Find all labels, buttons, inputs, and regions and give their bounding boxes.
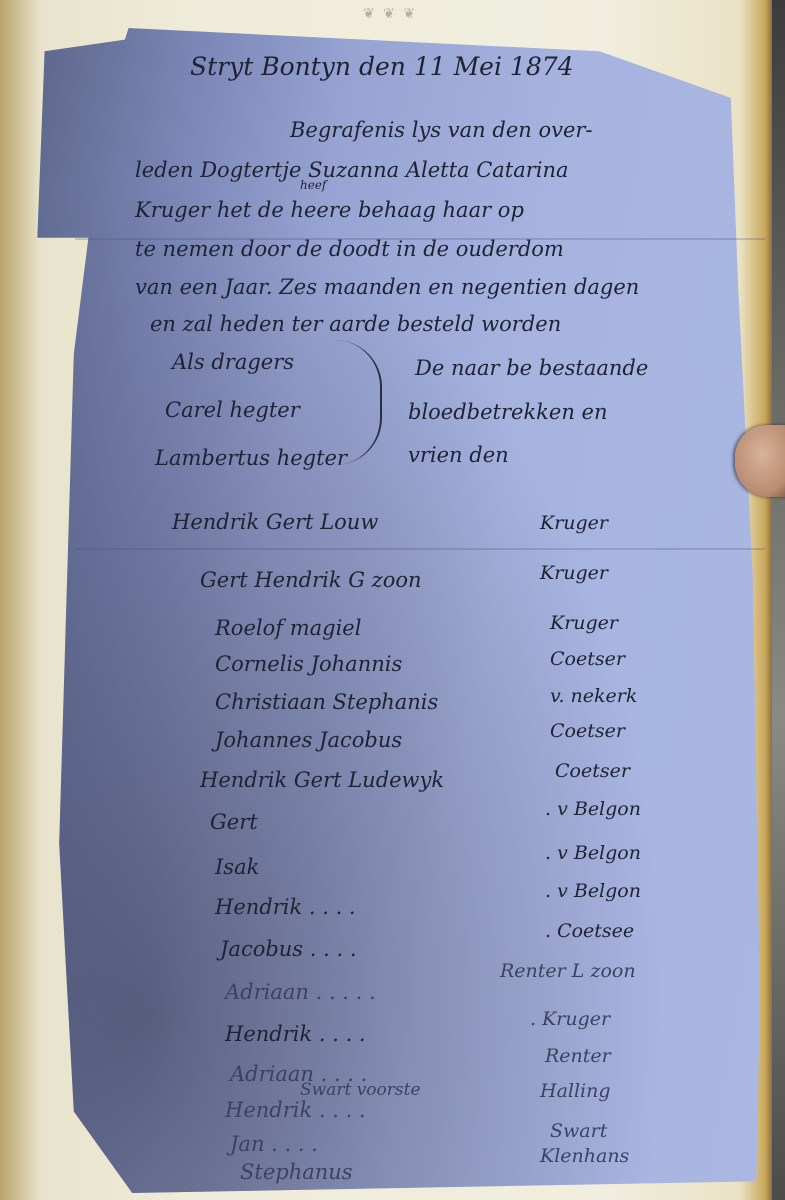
place-date-heading: Stryt Bontyn den 11 Mei 1874	[190, 52, 574, 81]
attendee-given-name: Isak	[215, 855, 259, 879]
paper-fold	[75, 548, 765, 550]
bearer-name: Carel hegter	[165, 398, 300, 422]
attendee-given-name: Jacobus . . . .	[220, 937, 357, 961]
page-ornament: ❦ ❦ ❦	[290, 6, 490, 32]
attendee-given-name: Christiaan Stephanis	[215, 690, 438, 714]
attendee-surname: Renter	[545, 1045, 611, 1067]
background-edge	[772, 0, 785, 1200]
attendee-surname: v. nekerk	[550, 685, 637, 707]
attendee-given-name: Gert Hendrik G zoon	[200, 568, 422, 592]
overwritten-fragment: Swart voorste	[300, 1080, 421, 1100]
attendee-surname: Kruger	[540, 562, 608, 584]
attendee-given-name: Adriaan . . . . .	[225, 980, 376, 1004]
body-line-1: Begrafenis lys van den over-	[290, 118, 593, 142]
attendee-given-name: Gert	[210, 810, 258, 834]
attendee-surname: . Kruger	[530, 1008, 610, 1030]
attendee-surname: . v Belgon	[545, 798, 641, 820]
bearers-label: Als dragers	[172, 350, 294, 374]
attendee-surname: . v Belgon	[545, 880, 641, 902]
attendee-given-name: Hendrik . . . .	[225, 1098, 366, 1122]
attendee-surname: Renter L zoon	[500, 960, 636, 982]
attendee-given-name: Hendrik Gert Louw	[172, 510, 378, 534]
body-line-5: van een Jaar. Zes maanden en negentien d…	[135, 275, 639, 299]
attendee-surname: Coetser	[550, 648, 625, 670]
attendee-surname: Swart	[550, 1120, 607, 1142]
bearers-note-line: bloedbetrekken en	[408, 400, 607, 424]
attendee-given-name: Hendrik . . . .	[225, 1022, 366, 1046]
attendee-surname: Coetser	[550, 720, 625, 742]
attendee-surname: Halling	[540, 1080, 611, 1102]
body-line-3: Kruger het de heere behaag haar op	[135, 198, 524, 222]
interlinear-note: heef	[300, 178, 326, 192]
attendee-given-name: Roelof magiel	[215, 616, 361, 640]
attendee-given-name: Jan . . . .	[230, 1132, 318, 1156]
attendee-surname: Kruger	[550, 612, 618, 634]
attendee-given-name: Stephanus	[240, 1160, 353, 1184]
attendee-surname: . Coetsee	[545, 920, 634, 942]
attendee-surname: Klenhans	[540, 1145, 629, 1167]
attendee-given-name: Hendrik . . . .	[215, 895, 356, 919]
attendee-surname: Kruger	[540, 512, 608, 534]
attendee-given-name: Cornelis Johannis	[215, 652, 402, 676]
bearers-note-line: De naar be bestaande	[415, 356, 648, 380]
attendee-surname: Coetser	[555, 760, 630, 782]
bearer-name: Lambertus hegter	[155, 446, 347, 470]
body-line-4: te nemen door de doodt in de ouderdom	[135, 237, 564, 261]
attendee-given-name: Johannes Jacobus	[215, 728, 402, 752]
body-line-6: en zal heden ter aarde besteld worden	[150, 312, 561, 336]
attendee-surname: . v Belgon	[545, 842, 641, 864]
bearers-note-line: vrien den	[408, 443, 509, 467]
body-line-2: leden Dogtertje Suzanna Aletta Catarina	[135, 158, 569, 182]
attendee-given-name: Hendrik Gert Ludewyk	[200, 768, 444, 792]
